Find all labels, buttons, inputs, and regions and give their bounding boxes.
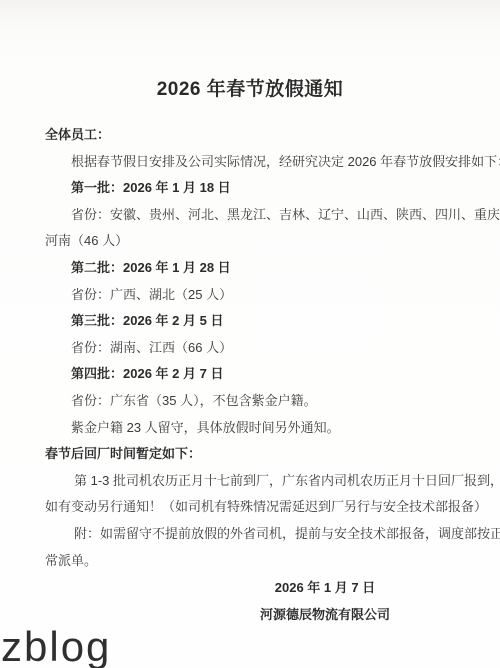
return-detail-line-2: 如有变动另行通知！（如司机有特殊情况需延迟到厂另行与安全技术部报备） — [45, 494, 455, 521]
batch-2-provinces: 省份：广西、湖北（25 人） — [45, 282, 455, 309]
appendix-line-1: 附：如需留守不提前放假的外省司机，提前与安全技术部报备，调度部按正 — [45, 521, 455, 548]
signature-block: 2026 年 1 月 7 日 河源德辰物流有限公司 — [230, 575, 420, 628]
salutation-line: 全体员工： — [45, 122, 455, 149]
zijin-note-line: 紫金户籍 23 人留守，具体放假时间另外通知。 — [45, 415, 455, 442]
return-detail-line-1: 第 1-3 批司机农历正月十七前到厂，广东省内司机农历正月十日回厂报到， — [45, 468, 455, 495]
intro-line: 根据春节假日安排及公司实际情况，经研究决定 2026 年春节放假安排如下： — [45, 149, 455, 176]
document-body: 全体员工： 根据春节假日安排及公司实际情况，经研究决定 2026 年春节放假安排… — [45, 122, 455, 628]
batch-2-heading: 第二批：2026 年 1 月 28 日 — [45, 255, 455, 282]
signature-date: 2026 年 1 月 7 日 — [230, 575, 420, 602]
batch-4-provinces: 省份：广东省（35 人），不包含紫金户籍。 — [45, 388, 455, 415]
batch-3-heading: 第三批：2026 年 2 月 5 日 — [45, 308, 455, 335]
return-time-heading: 春节后回厂时间暂定如下： — [45, 441, 455, 468]
signature-company: 河源德辰物流有限公司 — [230, 602, 420, 629]
notice-document-page: 2026 年春节放假通知 全体员工： 根据春节假日安排及公司实际情况，经研究决定… — [0, 0, 500, 668]
batch-1-provinces: 省份：安徽、贵州、河北、黑龙江、吉林、辽宁、山西、陕西、四川、重庆、 — [45, 202, 455, 229]
zblog-watermark: zblog — [1, 623, 111, 668]
batch-4-heading: 第四批：2026 年 2 月 7 日 — [45, 361, 455, 388]
appendix-line-2: 常派单。 — [45, 548, 455, 575]
batch-3-provinces: 省份：湖南、江西（66 人） — [45, 335, 455, 362]
page-title: 2026 年春节放假通知 — [0, 74, 500, 101]
batch-1-provinces-cont: 河南（46 人） — [45, 228, 455, 255]
batch-1-heading: 第一批：2026 年 1 月 18 日 — [45, 175, 455, 202]
